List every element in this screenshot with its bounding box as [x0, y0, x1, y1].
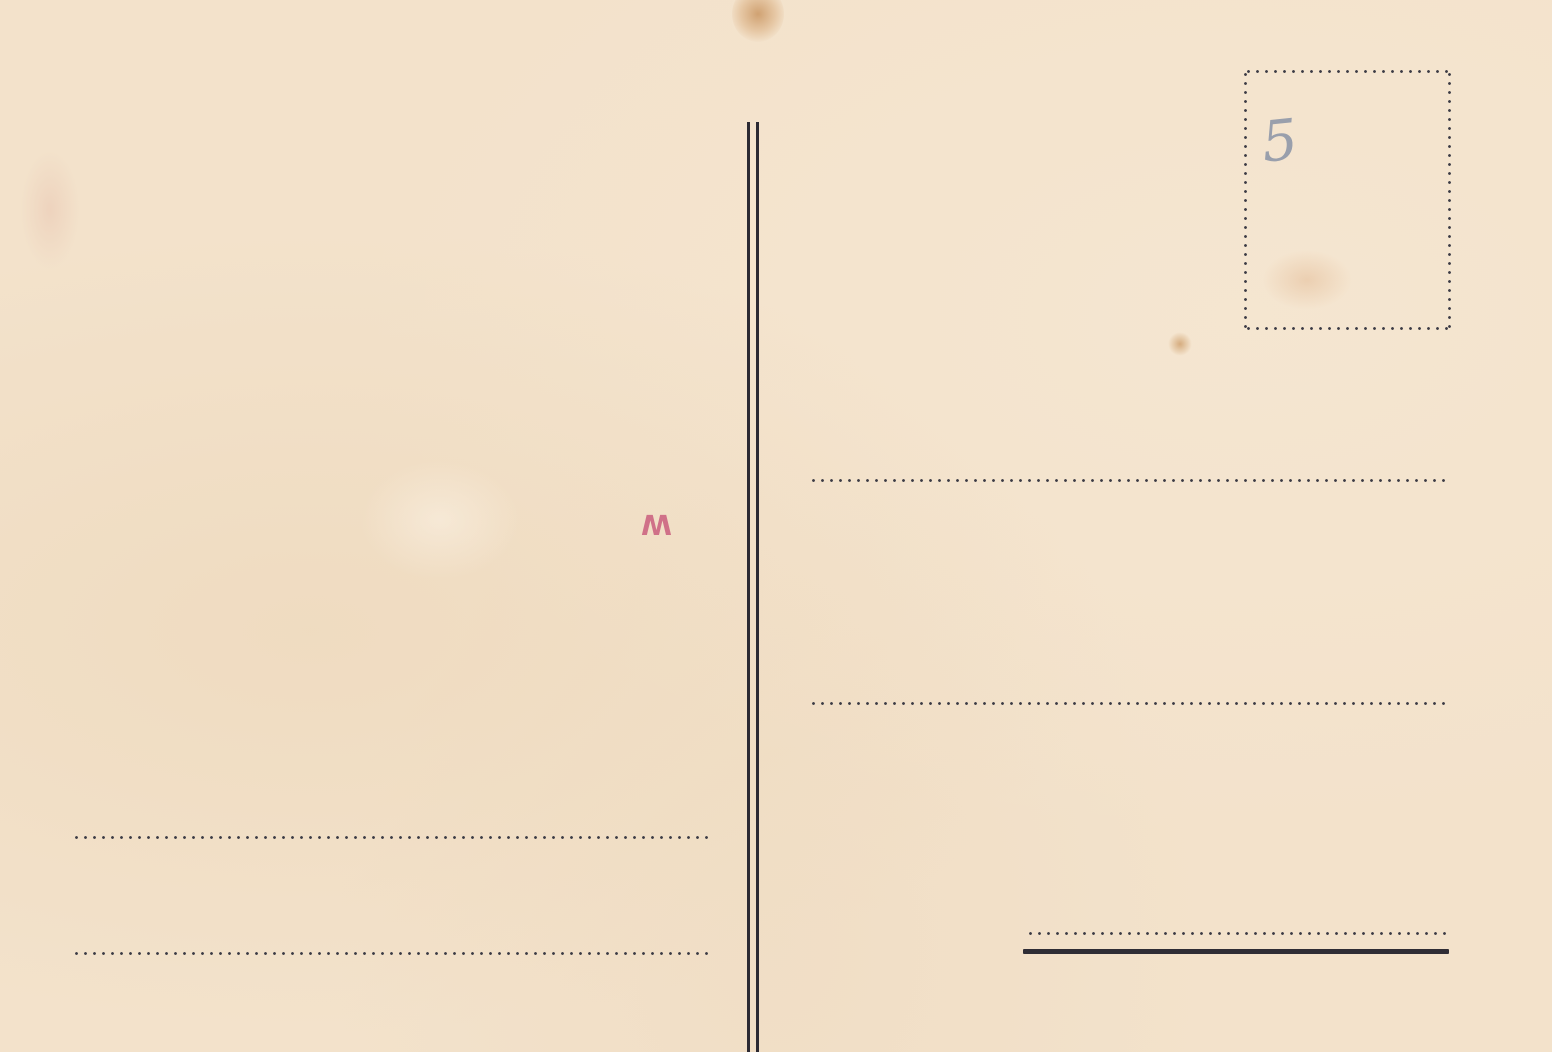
- top-stain: [732, 0, 784, 42]
- spot-stain: [1168, 332, 1192, 356]
- message-line-1[interactable]: [72, 836, 709, 839]
- address-line-3[interactable]: [1026, 932, 1446, 935]
- red-ink-mark: W: [643, 508, 672, 541]
- left-edge-stain: [20, 150, 80, 270]
- address-line-2[interactable]: [809, 702, 1446, 705]
- stamp-box-right: [1448, 70, 1451, 330]
- divider-line-right: [756, 122, 759, 1052]
- postcard-back: 5 W: [0, 0, 1552, 1052]
- faint-stain: [360, 460, 520, 580]
- message-line-2[interactable]: [72, 952, 709, 955]
- stamp-box-left: [1244, 70, 1247, 330]
- address-underline: [1023, 949, 1449, 954]
- stamp-box-bottom: [1244, 327, 1451, 330]
- address-line-1[interactable]: [809, 479, 1446, 482]
- divider-line-left: [747, 122, 750, 1052]
- stamp-box-top: [1244, 70, 1451, 73]
- pencil-annotation: 5: [1259, 112, 1300, 171]
